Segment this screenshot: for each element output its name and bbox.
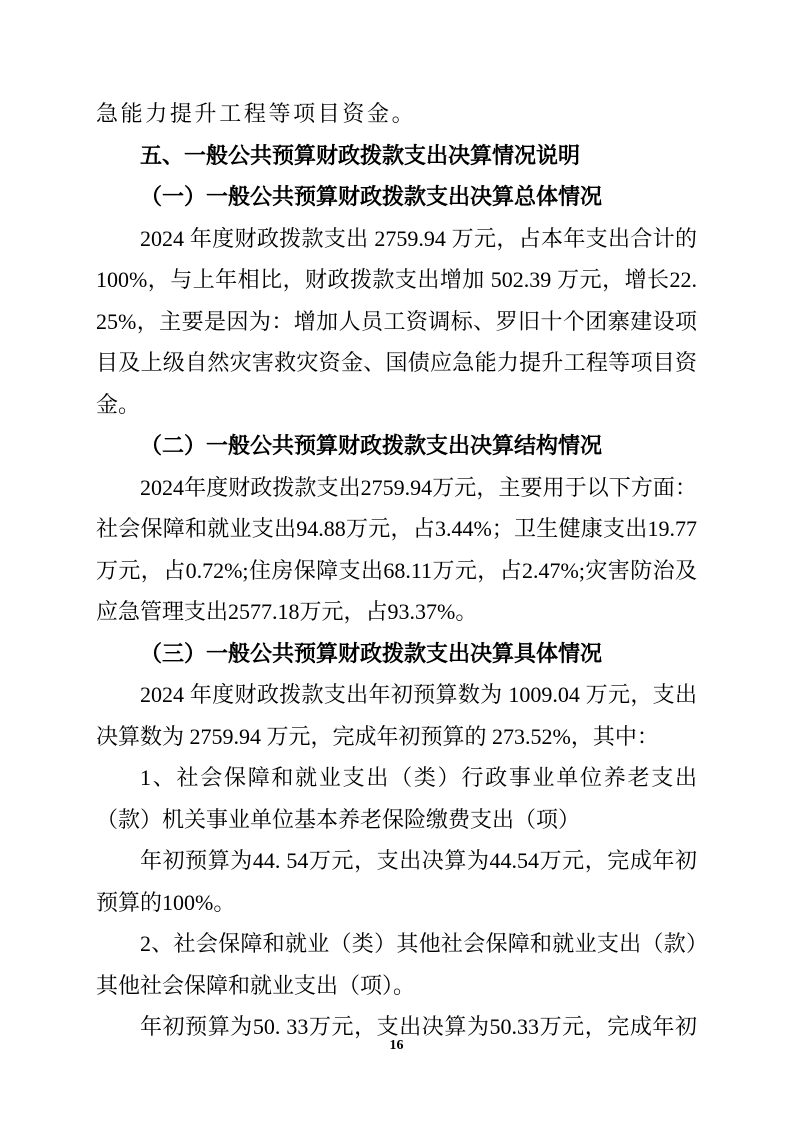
page-number: 16 <box>0 1038 793 1054</box>
subsection-heading-5-1: （一）一般公共预算财政拨款支出决算总体情况 <box>96 176 697 218</box>
paragraph-continuation: 急能力提升工程等项目资金。 <box>96 93 697 135</box>
paragraph-item-2-title: 2、社会保障和就业（类）其他社会保障和就业支出（款）其他社会保障和就业支出（项）… <box>96 923 697 1006</box>
paragraph-structure-situation: 2024年度财政拨款支出2759.94万元，主要用于以下方面：社会保障和就业支出… <box>96 467 697 633</box>
subsection-heading-5-3: （三）一般公共预算财政拨款支出决算具体情况 <box>96 633 697 675</box>
section-heading-5: 五、一般公共预算财政拨款支出决算情况说明 <box>96 135 697 177</box>
paragraph-item-1-title: 1、社会保障和就业支出（类）行政事业单位养老支出（款）机关事业单位基本养老保险缴… <box>96 757 697 840</box>
paragraph-specific-situation: 2024 年度财政拨款支出年初预算数为 1009.04 万元，支出决算数为 27… <box>96 674 697 757</box>
paragraph-item-1-detail: 年初预算为44. 54万元，支出决算为44.54万元，完成年初预算的100%。 <box>96 840 697 923</box>
document-page: 急能力提升工程等项目资金。 五、一般公共预算财政拨款支出决算情况说明 （一）一般… <box>0 0 793 1122</box>
paragraph-overall-situation: 2024 年度财政拨款支出 2759.94 万元，占本年支出合计的100%，与上… <box>96 218 697 426</box>
subsection-heading-5-2: （二）一般公共预算财政拨款支出决算结构情况 <box>96 425 697 467</box>
